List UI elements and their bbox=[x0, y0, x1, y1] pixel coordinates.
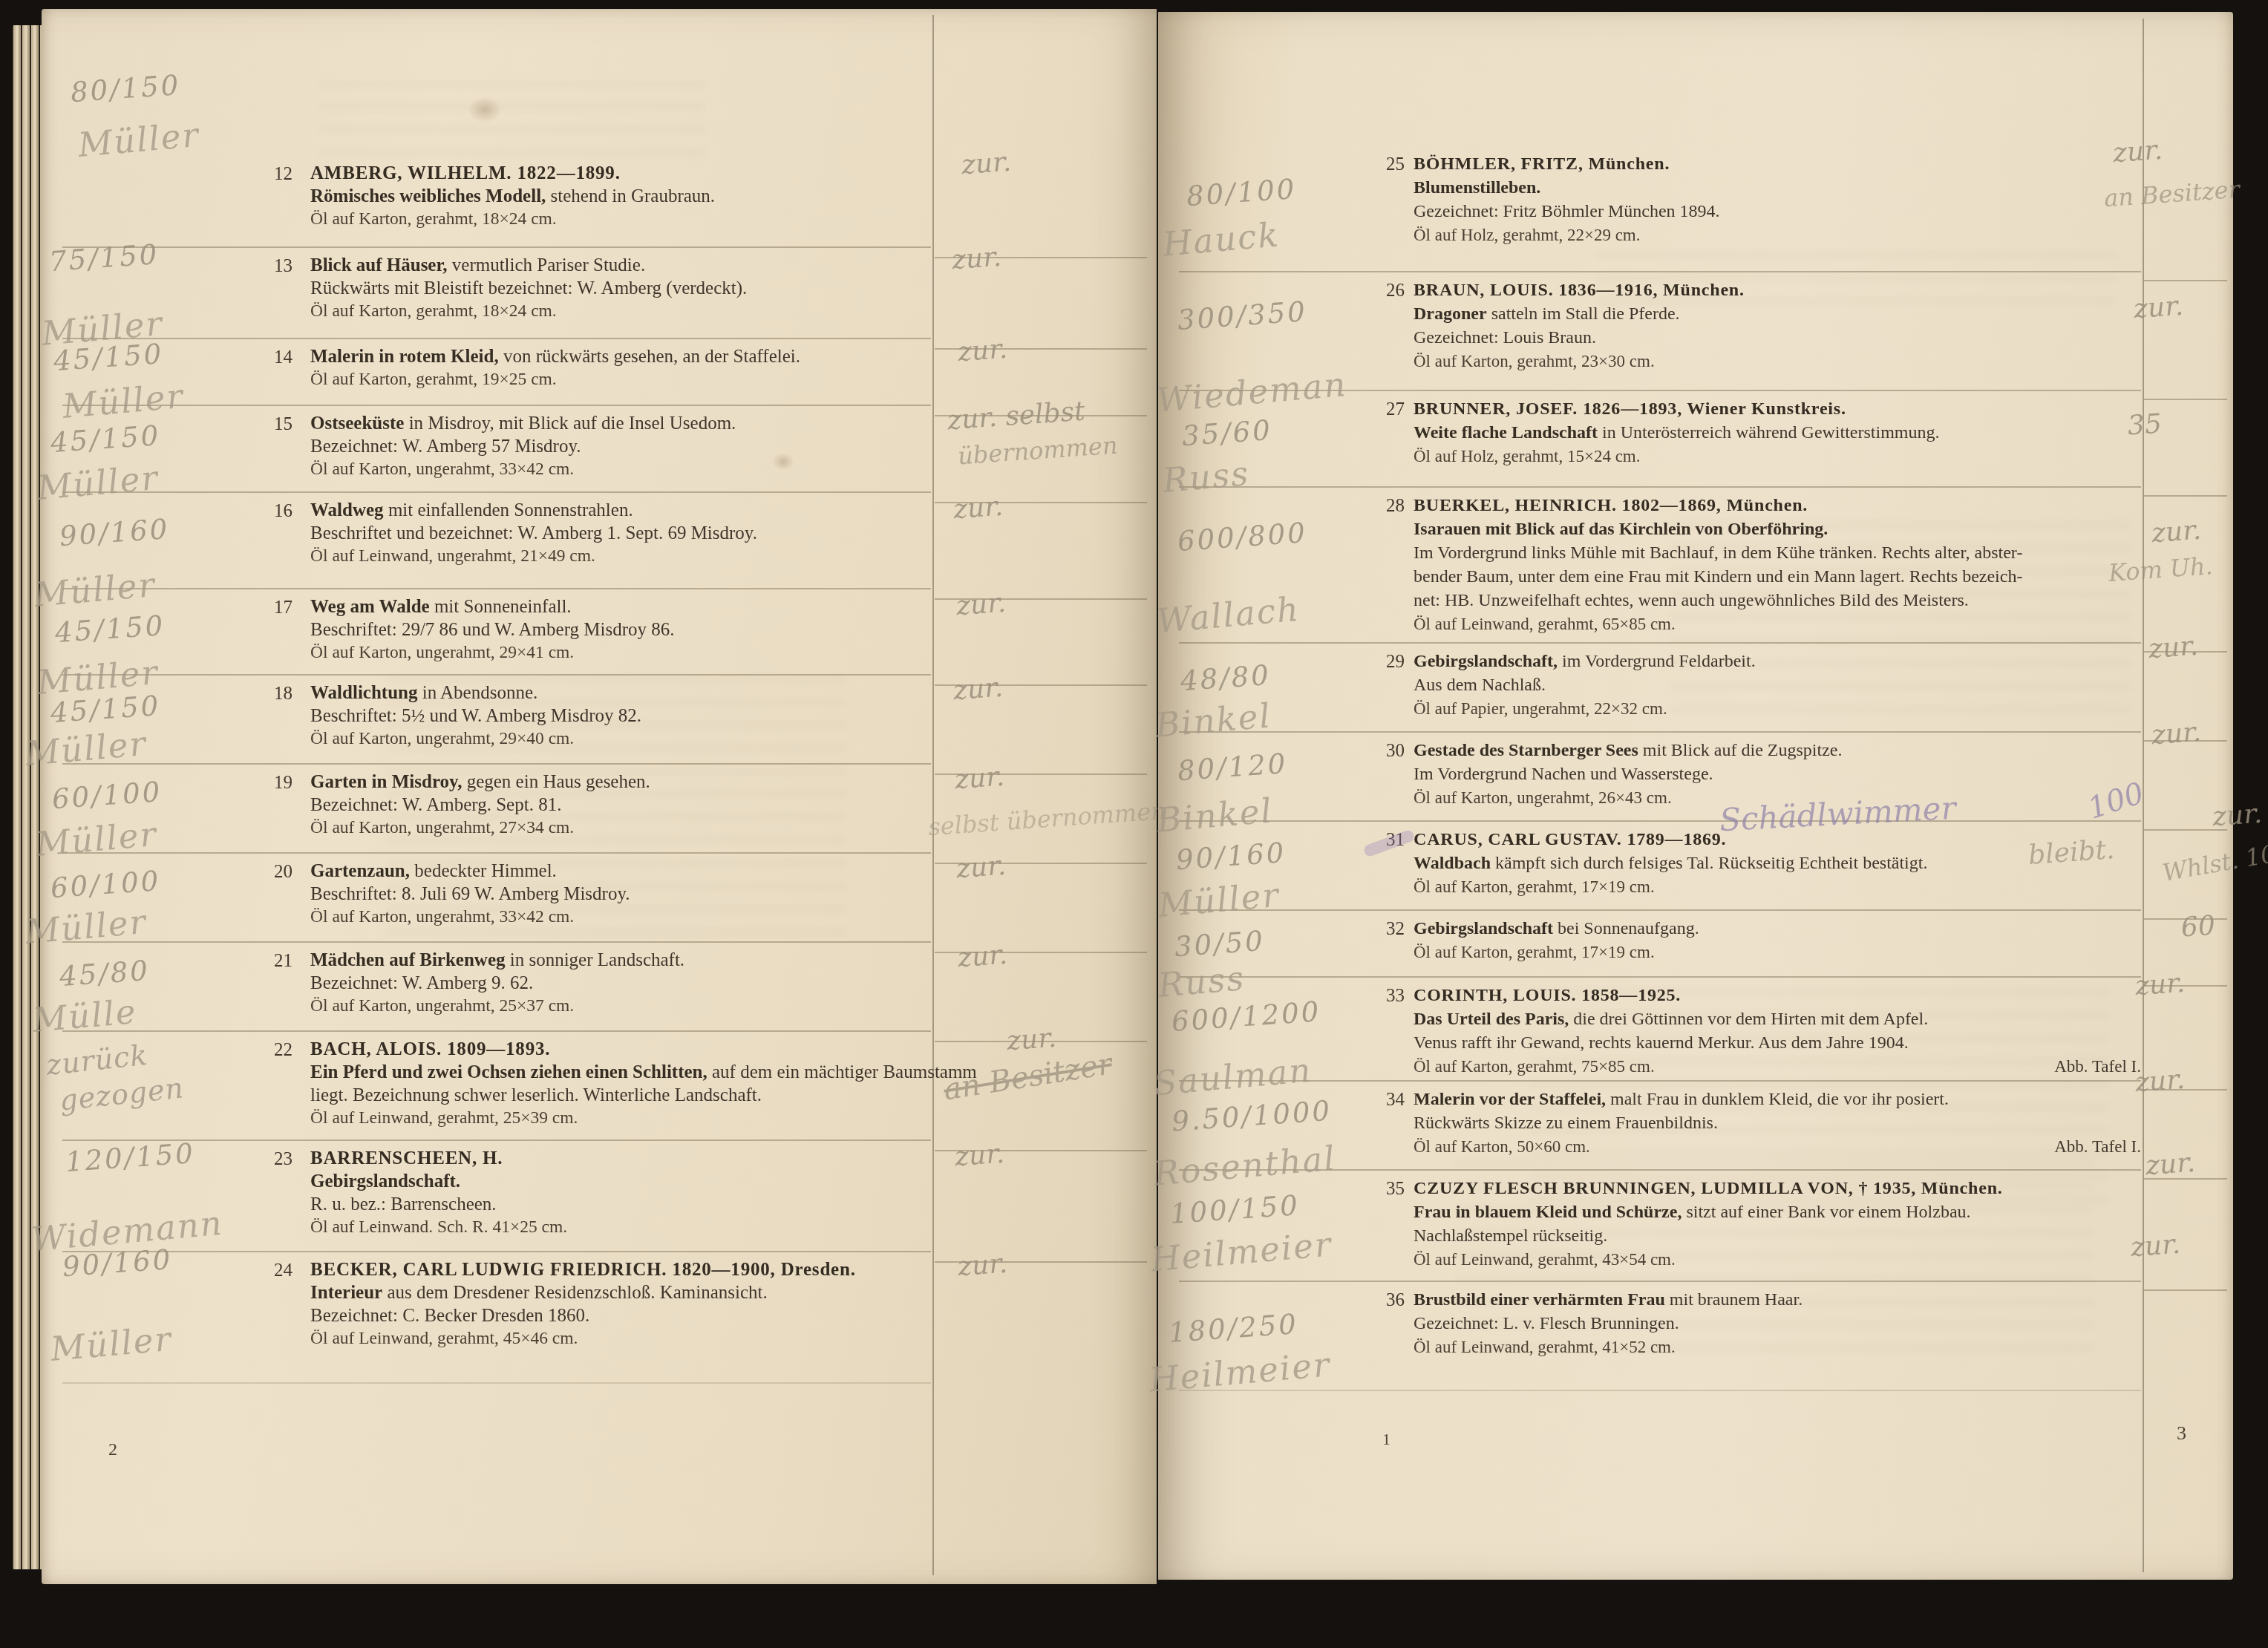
entry-title: Dragoner satteln im Stall die Pferde. bbox=[1414, 302, 2141, 326]
catalog-entry-12: AMBERG, WILHELM. 1822—1899. Römisches we… bbox=[310, 162, 934, 231]
entry-title: Blumenstilleben. bbox=[1414, 176, 2141, 200]
catalog-entry-24: BECKER, CARL LUDWIG FRIEDRICH. 1820—1900… bbox=[310, 1258, 934, 1350]
ruled-separator bbox=[62, 852, 931, 854]
ruled-separator bbox=[1179, 271, 2141, 272]
margin-note: zur. bbox=[952, 673, 1004, 707]
entry-tech: Öl auf Holz, gerahmt, 15×24 cm. bbox=[1414, 445, 2141, 468]
entry-title: Interieur aus dem Dresdener Residenzschl… bbox=[310, 1281, 934, 1304]
entry-detail: Gezeichnet: L. v. Flesch Brunningen. bbox=[1414, 1312, 2141, 1335]
margin-note: zur. bbox=[954, 762, 1006, 796]
catalog-entry-14: Malerin in rotem Kleid, von rückwärts ge… bbox=[310, 345, 934, 391]
margin-note: zur. bbox=[961, 147, 1013, 181]
entry-detail: Venus rafft ihr Gewand, rechts kauernd M… bbox=[1414, 1031, 2141, 1055]
paper-stain bbox=[468, 97, 502, 123]
entry-number: 14 bbox=[249, 347, 293, 368]
entry-heading: CZUZY FLESCH BRUNNINGEN, LUDMILLA VON, †… bbox=[1414, 1177, 2141, 1200]
margin-note: zur. bbox=[2148, 631, 2200, 665]
margin-note: zur. bbox=[952, 491, 1004, 526]
ruled-separator bbox=[62, 588, 931, 589]
entry-detail: Beschriftet und bezeichnet: W. Amberg 1.… bbox=[310, 522, 934, 545]
book-page-edges bbox=[12, 25, 43, 1569]
entry-detail: Im Vordergrund Nachen und Wasserstege. bbox=[1414, 762, 2141, 786]
signature-mark: 1 bbox=[1382, 1430, 1390, 1449]
entry-tech: Öl auf Leinwand, gerahmt, 25×39 cm. bbox=[310, 1107, 934, 1130]
entry-title: Mädchen auf Birkenweg in sonniger Landsc… bbox=[310, 949, 934, 972]
entry-title: Weite flache Landschaft in Unterösterrei… bbox=[1414, 421, 2141, 445]
catalog-entry-20: Gartenzaun, bedeckter Himmel. Beschrifte… bbox=[310, 860, 934, 929]
entry-title: Waldlichtung in Abendsonne. bbox=[310, 681, 934, 704]
ruled-separator bbox=[1179, 1390, 2141, 1391]
catalog-entry-15: Ostseeküste in Misdroy, mit Blick auf di… bbox=[310, 412, 934, 481]
margin-note: zur. bbox=[2151, 717, 2203, 751]
catalog-entry-35: CZUZY FLESCH BRUNNINGEN, LUDMILLA VON, †… bbox=[1414, 1177, 2141, 1272]
entry-number: 28 bbox=[1362, 496, 1405, 517]
entry-detail: bender Baum, unter dem eine Frau mit Kin… bbox=[1414, 565, 2141, 589]
entry-number: 35 bbox=[1362, 1179, 1405, 1200]
entry-number: 33 bbox=[1362, 986, 1405, 1007]
entry-heading: BARRENSCHEEN, H. bbox=[310, 1147, 934, 1170]
entry-detail: Beschriftet: 5½ und W. Amberg Misdroy 82… bbox=[310, 704, 934, 727]
ruled-separator bbox=[62, 763, 931, 765]
entry-tech: Öl auf Karton, gerahmt, 23×30 cm. bbox=[1414, 350, 2141, 373]
ruled-separator bbox=[1179, 820, 2141, 822]
catalog-entry-36: Brustbild einer verhärmten Frau mit brau… bbox=[1414, 1288, 2141, 1359]
page-number-left: 2 bbox=[108, 1440, 117, 1460]
catalog-entry-18: Waldlichtung in Abendsonne. Beschriftet:… bbox=[310, 681, 934, 751]
entry-tech: Öl auf Papier, ungerahmt, 22×32 cm. bbox=[1414, 697, 2141, 721]
entry-heading: BÖHMLER, FRITZ, München. bbox=[1414, 152, 2141, 176]
entry-detail: Im Vordergrund links Mühle mit Bachlauf,… bbox=[1414, 541, 2141, 565]
entry-tech: Öl auf Karton, ungerahmt, 33×42 cm. bbox=[310, 906, 934, 929]
entry-title: Waldweg mit einfallenden Sonnenstrahlen. bbox=[310, 499, 934, 522]
entry-number: 18 bbox=[249, 684, 293, 704]
entry-heading: BACH, ALOIS. 1809—1893. bbox=[310, 1038, 934, 1061]
entry-number: 24 bbox=[249, 1260, 293, 1281]
catalog-entry-21: Mädchen auf Birkenweg in sonniger Landsc… bbox=[310, 949, 934, 1018]
entry-tech: Öl auf Karton, ungerahmt, 29×40 cm. bbox=[310, 727, 934, 751]
entry-detail: Bezeichnet: C. Becker Dresden 1860. bbox=[310, 1304, 934, 1327]
entry-heading: AMBERG, WILHELM. 1822—1899. bbox=[310, 162, 934, 185]
margin-note: zur. bbox=[957, 334, 1009, 368]
catalog-entry-13: Blick auf Häuser, vermutlich Pariser Stu… bbox=[310, 254, 934, 323]
margin-note: zur. bbox=[955, 851, 1007, 885]
entry-tech: Öl auf Karton, gerahmt, 19×25 cm. bbox=[310, 368, 934, 391]
entry-number: 20 bbox=[249, 862, 293, 883]
plate-reference: Abb. Tafel I. bbox=[2054, 1135, 2141, 1159]
ruled-separator bbox=[1179, 1281, 2141, 1282]
entry-title: Gartenzaun, bedeckter Himmel. bbox=[310, 860, 934, 883]
entry-title: Ostseeküste in Misdroy, mit Blick auf di… bbox=[310, 412, 934, 435]
pencil-buyer-name: Russ bbox=[1157, 958, 1246, 1005]
entry-heading: BRAUN, LOUIS. 1836—1916, München. bbox=[1414, 278, 2141, 302]
entry-detail: Gezeichnet: Louis Braun. bbox=[1414, 326, 2141, 350]
entry-number: 23 bbox=[249, 1149, 293, 1170]
catalog-entry-29: Gebirgslandschaft, im Vordergrund Feldar… bbox=[1414, 650, 2141, 721]
margin-note: 60 bbox=[2180, 910, 2217, 943]
margin-note: zur. bbox=[2151, 515, 2203, 549]
pencil-price: 30/50 bbox=[1174, 925, 1266, 963]
entry-title: Brustbild einer verhärmten Frau mit brau… bbox=[1414, 1288, 2141, 1312]
margin-note: zur. bbox=[2145, 1148, 2197, 1182]
entry-title: Gebirgslandschaft. bbox=[310, 1170, 934, 1193]
entry-detail: net: HB. Unzweifelhaft echtes, wenn auch… bbox=[1414, 589, 2141, 612]
entry-heading: BECKER, CARL LUDWIG FRIEDRICH. 1820—1900… bbox=[310, 1258, 934, 1281]
entry-title: Ein Pferd und zwei Ochsen ziehen einen S… bbox=[310, 1061, 934, 1084]
entry-number: 27 bbox=[1362, 399, 1405, 420]
catalog-entry-16: Waldweg mit einfallenden Sonnenstrahlen.… bbox=[310, 499, 934, 568]
entry-title: Gestade des Starnberger Sees mit Blick a… bbox=[1414, 739, 2141, 762]
ruled-separator bbox=[62, 1030, 931, 1032]
entry-number: 16 bbox=[249, 501, 293, 522]
catalog-entry-33: CORINTH, LOUIS. 1858—1925. Das Urteil de… bbox=[1414, 984, 2141, 1079]
ruled-separator bbox=[2144, 280, 2227, 281]
entry-tech: Öl auf Karton, gerahmt, 75×85 cm.Abb. Ta… bbox=[1414, 1055, 2141, 1079]
catalog-entry-28: BUERKEL, HEINRICH. 1802—1869, München. I… bbox=[1414, 494, 2141, 636]
entry-heading: CORINTH, LOUIS. 1858—1925. bbox=[1414, 984, 2141, 1007]
entry-title: Gebirgslandschaft bei Sonnenaufgang. bbox=[1414, 917, 2141, 941]
margin-note: zur. bbox=[2130, 1229, 2182, 1263]
pencil-price: 35/60 bbox=[1181, 414, 1273, 452]
entry-number: 29 bbox=[1362, 652, 1405, 673]
pencil-price: 48/80 bbox=[1180, 659, 1272, 697]
margin-note: zur. bbox=[2134, 968, 2186, 1002]
margin-note: zur. bbox=[2134, 1065, 2186, 1099]
catalog-entry-26: BRAUN, LOUIS. 1836—1916, München. Dragon… bbox=[1414, 278, 2141, 373]
ruled-separator bbox=[2144, 495, 2227, 497]
ruled-separator bbox=[1179, 731, 2141, 733]
ruled-separator bbox=[1179, 486, 2141, 488]
entry-tech: Öl auf Leinwand, ungerahmt, 21×49 cm. bbox=[310, 545, 934, 568]
entry-heading: BRUNNER, JOSEF. 1826—1893, Wiener Kunstk… bbox=[1414, 397, 2141, 421]
ruled-separator bbox=[62, 246, 931, 248]
entry-number: 15 bbox=[249, 414, 293, 435]
auction-catalog-photo: 12 AMBERG, WILHELM. 1822—1899. Römisches… bbox=[0, 0, 2268, 1648]
margin-note: 35 bbox=[2127, 408, 2163, 441]
margin-note: zur. bbox=[2133, 291, 2185, 325]
ruled-separator bbox=[62, 338, 931, 339]
margin-note: zur. bbox=[954, 1139, 1006, 1173]
margin-note: zur. bbox=[951, 242, 1003, 276]
entry-number: 32 bbox=[1362, 919, 1405, 940]
entry-tech: Öl auf Karton, ungerahmt, 29×41 cm. bbox=[310, 641, 934, 664]
entry-tech: Öl auf Leinwand, gerahmt, 65×85 cm. bbox=[1414, 612, 2141, 636]
entry-number: 13 bbox=[249, 256, 293, 277]
ruled-separator bbox=[62, 405, 931, 406]
entry-title: Weg am Walde mit Sonneneinfall. bbox=[310, 595, 934, 618]
entry-tech: Öl auf Karton, 50×60 cm.Abb. Tafel I. bbox=[1414, 1135, 2141, 1159]
entry-detail: Bezeichnet: W. Amberg. Sept. 81. bbox=[310, 794, 934, 817]
ruled-separator bbox=[1179, 642, 2141, 644]
ruled-separator bbox=[62, 491, 931, 493]
entry-tech: Öl auf Karton, gerahmt, 17×19 cm. bbox=[1414, 875, 2141, 899]
entry-number: 12 bbox=[249, 164, 293, 185]
pencil-price: 45/80 bbox=[59, 955, 151, 993]
catalog-entry-17: Weg am Walde mit Sonneneinfall. Beschrif… bbox=[310, 595, 934, 664]
entry-detail: Rückwärts Skizze zu einem Frauenbildnis. bbox=[1414, 1111, 2141, 1135]
margin-note: zur. bbox=[2112, 135, 2164, 169]
margin-note: zur. bbox=[1006, 1023, 1058, 1057]
entry-title: Gebirgslandschaft, im Vordergrund Feldar… bbox=[1414, 650, 2141, 673]
margin-note: zur. bbox=[957, 940, 1009, 974]
entry-number: 17 bbox=[249, 598, 293, 618]
catalog-entry-32: Gebirgslandschaft bei Sonnenaufgang. Öl … bbox=[1414, 917, 2141, 964]
entry-number: 19 bbox=[249, 773, 293, 794]
entry-detail: liegt. Bezeichnung schwer leserlich. Win… bbox=[310, 1084, 934, 1107]
entry-title: Malerin in rotem Kleid, von rückwärts ge… bbox=[310, 345, 934, 368]
ruled-separator bbox=[2144, 399, 2227, 400]
catalog-entry-34: Malerin vor der Staffelei, malt Frau in … bbox=[1414, 1088, 2141, 1159]
entry-number: 22 bbox=[249, 1040, 293, 1061]
entry-tech: Öl auf Karton, gerahmt, 17×19 cm. bbox=[1414, 941, 2141, 964]
entry-detail: Bezeichnet: W. Amberg 9. 62. bbox=[310, 972, 934, 995]
plate-reference: Abb. Tafel I. bbox=[2054, 1055, 2141, 1079]
entry-tech: Öl auf Holz, gerahmt, 22×29 cm. bbox=[1414, 223, 2141, 247]
entry-title: Isarauen mit Blick auf das Kirchlein von… bbox=[1414, 517, 2141, 541]
entry-detail: R. u. bez.: Barrenscheen. bbox=[310, 1193, 934, 1216]
pencil-buyer-name: Russ bbox=[1161, 454, 1251, 500]
entry-detail: Bezeichnet: W. Amberg 57 Misdroy. bbox=[310, 435, 934, 458]
ruled-separator bbox=[1179, 1080, 2141, 1082]
entry-title: Garten in Misdroy, gegen ein Haus gesehe… bbox=[310, 771, 934, 794]
entry-tech: Öl auf Karton, ungerahmt, 25×37 cm. bbox=[310, 995, 934, 1018]
entry-tech: Öl auf Leinwand, gerahmt, 45×46 cm. bbox=[310, 1327, 934, 1350]
ruled-separator bbox=[2144, 1289, 2227, 1291]
entry-title: Das Urteil des Paris, die drei Göttinnen… bbox=[1414, 1007, 2141, 1031]
entry-number: 26 bbox=[1362, 281, 1405, 301]
margin-note: zur. bbox=[2212, 799, 2264, 833]
ruled-separator bbox=[62, 674, 931, 676]
entry-number: 34 bbox=[1362, 1090, 1405, 1111]
catalog-entry-19: Garten in Misdroy, gegen ein Haus gesehe… bbox=[310, 771, 934, 840]
ruled-separator bbox=[1179, 976, 2141, 978]
entry-title: Blick auf Häuser, vermutlich Pariser Stu… bbox=[310, 254, 934, 277]
ruled-separator bbox=[62, 1382, 931, 1384]
ruled-separator bbox=[1179, 909, 2141, 911]
entry-title: Malerin vor der Staffelei, malt Frau in … bbox=[1414, 1088, 2141, 1111]
catalog-entry-25: BÖHMLER, FRITZ, München. Blumenstilleben… bbox=[1414, 152, 2141, 247]
entry-number: 36 bbox=[1362, 1290, 1405, 1311]
page-number-right: 3 bbox=[2177, 1422, 2186, 1445]
entry-heading: BUERKEL, HEINRICH. 1802—1869, München. bbox=[1414, 494, 2141, 517]
entry-detail: Beschriftet: 8. Juli 69 W. Amberg Misdro… bbox=[310, 883, 934, 906]
catalog-entry-27: BRUNNER, JOSEF. 1826—1893, Wiener Kunstk… bbox=[1414, 397, 2141, 468]
entry-number: 30 bbox=[1362, 741, 1405, 762]
entry-detail: Gezeichnet: Fritz Böhmler München 1894. bbox=[1414, 200, 2141, 223]
entry-title: Römisches weibliches Modell, stehend in … bbox=[310, 185, 934, 208]
ruled-separator bbox=[62, 941, 931, 943]
entry-tech: Öl auf Leinwand, gerahmt, 43×54 cm. bbox=[1414, 1248, 2141, 1272]
margin-note: zur. bbox=[955, 588, 1007, 622]
margin-note: zur. bbox=[957, 1249, 1009, 1283]
entry-title: Frau in blauem Kleid und Schürze, sitzt … bbox=[1414, 1200, 2141, 1224]
entry-tech: Öl auf Karton, gerahmt, 18×24 cm. bbox=[310, 208, 934, 231]
catalog-entry-22: BACH, ALOIS. 1809—1893. Ein Pferd und zw… bbox=[310, 1038, 934, 1130]
catalog-entry-23: BARRENSCHEEN, H. Gebirgslandschaft. R. u… bbox=[310, 1147, 934, 1239]
entry-tech: Öl auf Karton, ungerahmt, 27×34 cm. bbox=[310, 817, 934, 840]
entry-detail: Beschriftet: 29/7 86 und W. Amberg Misdr… bbox=[310, 618, 934, 641]
entry-detail: Nachlaßstempel rückseitig. bbox=[1414, 1224, 2141, 1248]
ruled-separator bbox=[62, 1251, 931, 1252]
entry-tech: Öl auf Karton, gerahmt, 18×24 cm. bbox=[310, 300, 934, 323]
entry-tech: Öl auf Leinwand, gerahmt, 41×52 cm. bbox=[1414, 1335, 2141, 1359]
entry-number: 25 bbox=[1362, 154, 1405, 175]
entry-detail: Aus dem Nachlaß. bbox=[1414, 673, 2141, 697]
entry-number: 21 bbox=[249, 951, 293, 972]
overlay-note: bleibt. bbox=[2027, 834, 2116, 871]
entry-detail: Rückwärts mit Bleistift bezeichnet: W. A… bbox=[310, 277, 934, 300]
entry-tech: Öl auf Karton, ungerahmt, 33×42 cm. bbox=[310, 458, 934, 481]
entry-tech: Öl auf Leinwand. Sch. R. 41×25 cm. bbox=[310, 1216, 934, 1239]
